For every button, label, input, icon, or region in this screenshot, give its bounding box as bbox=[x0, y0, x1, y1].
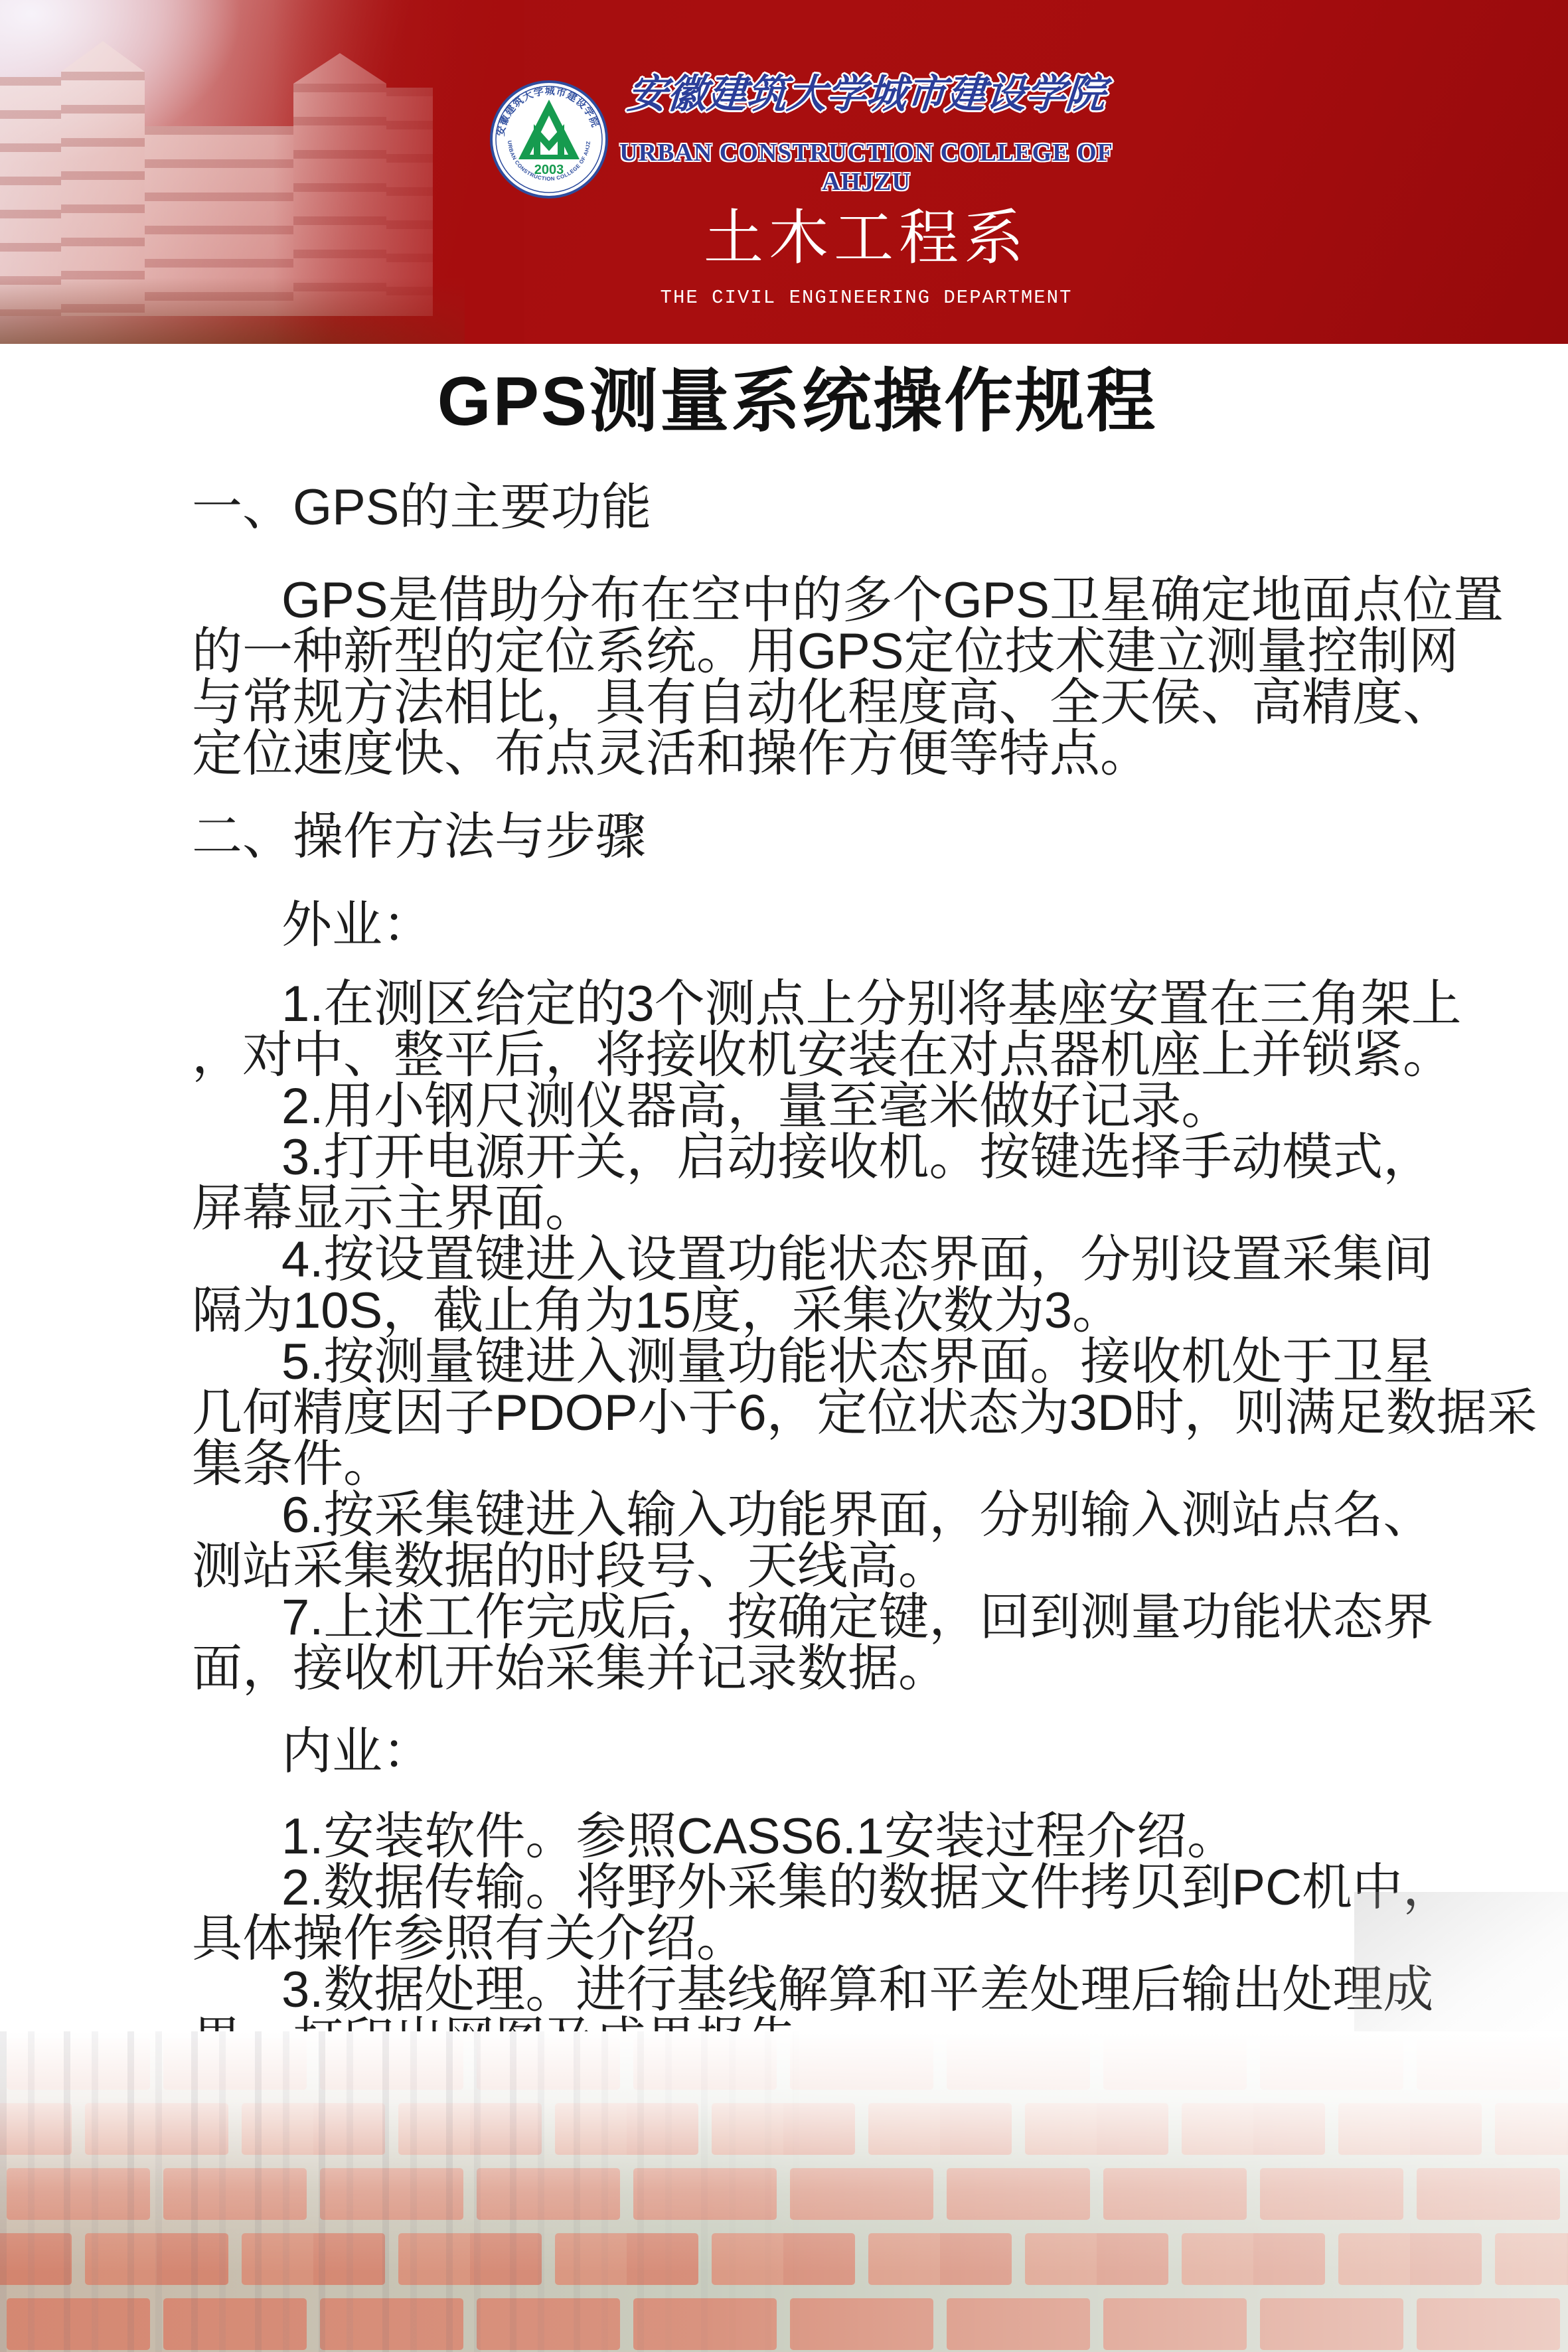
masthead: 安徽建筑大学城市建设学院 URBAN CONSTRUCTION COLLEGE … bbox=[601, 66, 1132, 309]
step-line: 3.数据处理。进行基线解算和平差处理后输出处理成 bbox=[192, 1964, 1520, 2015]
department-name-en: THE CIVIL ENGINEERING DEPARTMENT bbox=[601, 287, 1132, 309]
department-name-cn: 土木工程系 bbox=[601, 204, 1132, 272]
logo-year: 2003 bbox=[534, 163, 564, 177]
step-line: 测站采集数据的时段号、天线高。 bbox=[192, 1541, 1520, 1592]
text-line: 定位速度快、布点灵活和操作方便等特点。 bbox=[192, 728, 1520, 779]
poster-page: 安徽建筑大学城市建设学院 URBAN CONSTRUCTION COLLEGE … bbox=[0, 0, 1568, 2352]
step-line: 7.上述工作完成后，按确定键，回到测量功能状态界 bbox=[192, 1592, 1520, 1643]
text-line: GPS是借助分布在空中的多个GPS卫星确定地面点位置 bbox=[192, 575, 1520, 626]
step-line: 2.数据传输。将野外采集的数据文件拷贝到PC机中， bbox=[192, 1862, 1520, 1913]
step-line: 几何精度因子PDOP小于6，定位状态为3D时，则满足数据采 bbox=[192, 1387, 1520, 1439]
page-title: GPS测量系统操作规程 bbox=[0, 365, 1568, 438]
document-body: 一、GPS的主要功能 GPS是借助分布在空中的多个GPS卫星确定地面点位置 的一… bbox=[192, 482, 1520, 2067]
university-name-en: URBAN CONSTRUCTION COLLEGE OF AHJZU bbox=[601, 138, 1132, 196]
background-artifact bbox=[1354, 1892, 1568, 2051]
step-line: 集条件。 bbox=[192, 1439, 1520, 1490]
header-banner: 安徽建筑大学城市建设学院 URBAN CONSTRUCTION COLLEGE … bbox=[0, 0, 1568, 344]
section-heading-2: 二、操作方法与步骤 bbox=[192, 811, 1520, 862]
campus-building-photo bbox=[0, 0, 524, 344]
step-line: 隔为10S，截止角为15度，采集次数为3。 bbox=[192, 1285, 1520, 1336]
text-line: 与常规方法相比，具有自动化程度高、全天侯、高精度、 bbox=[192, 677, 1520, 728]
step-line: ，对中、整平后，将接收机安装在对点器机座上并锁紧。 bbox=[192, 1030, 1520, 1081]
college-logo-icon: 安徽建筑大学城市建设学院 URBAN CONSTRUCTION COLLEGE … bbox=[489, 80, 609, 199]
step-line: 4.按设置键进入设置功能状态界面，分别设置采集间 bbox=[192, 1234, 1520, 1285]
step-line: 屏幕显示主界面。 bbox=[192, 1183, 1520, 1234]
step-line: 1.安装软件。参照CASS6.1安装过程介绍。 bbox=[192, 1811, 1520, 1862]
university-name-cn: 安徽建筑大学城市建设学院 bbox=[599, 66, 1134, 122]
wall-ghost-streaks bbox=[0, 2031, 830, 2352]
step-line: 5.按测量键进入测量功能状态界面。接收机处于卫星 bbox=[192, 1336, 1520, 1387]
subheading-fieldwork: 外业： bbox=[192, 900, 1520, 951]
step-line: 面，接收机开始采集并记录数据。 bbox=[192, 1643, 1520, 1694]
step-line: 2.用小钢尺测仪器高，量至毫米做好记录。 bbox=[192, 1081, 1520, 1132]
section-heading-1: 一、GPS的主要功能 bbox=[192, 482, 1520, 533]
text-line: 的一种新型的定位系统。用GPS定位技术建立测量控制网 bbox=[192, 626, 1520, 677]
step-line: 3.打开电源开关，启动接收机。按键选择手动模式， bbox=[192, 1132, 1520, 1183]
brick-wall-footer bbox=[0, 2031, 1568, 2352]
photo-red-fade bbox=[0, 0, 524, 344]
step-line: 6.按采集键进入输入功能界面，分别输入测站点名、 bbox=[192, 1490, 1520, 1541]
subheading-officework: 内业： bbox=[192, 1726, 1520, 1777]
step-line: 具体操作参照有关介绍。 bbox=[192, 1913, 1520, 1964]
step-line: 1.在测区给定的3个测点上分别将基座安置在三角架上 bbox=[192, 979, 1520, 1030]
